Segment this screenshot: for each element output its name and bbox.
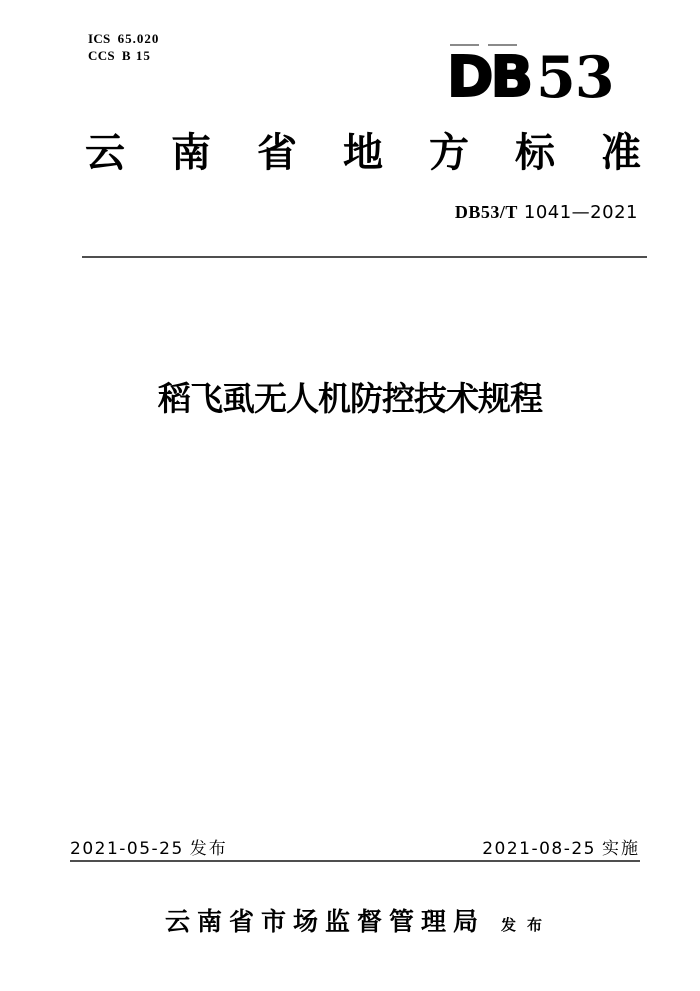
ccs-line: CCSB 15	[88, 47, 159, 64]
footer-divider-rule	[70, 860, 640, 862]
issue-label: 发布	[190, 839, 228, 858]
db53-logo: DB 53	[447, 44, 614, 108]
ccs-label: CCS	[88, 48, 115, 63]
publisher-label: 发布	[501, 914, 553, 935]
ics-line: ICS65.020	[88, 30, 159, 47]
publisher-name: 云南省市场监督管理局	[165, 908, 485, 936]
issue-date: 2021-05-25	[70, 839, 184, 859]
dates-row: 2021-05-25发布 2021-08-25实施	[70, 839, 640, 859]
logo-letters: DB 53	[447, 49, 614, 108]
standard-cover-page: ICS65.020 CCSB 15 DB 53 云南省地方标准 DB53/T10…	[0, 0, 700, 991]
implement-label: 实施	[602, 839, 640, 858]
standard-number-prefix: DB53/T	[455, 202, 518, 222]
logo-region-code: 53	[536, 49, 613, 107]
classification-codes: ICS65.020 CCSB 15	[88, 30, 159, 64]
issue-date-group: 2021-05-25发布	[70, 839, 228, 859]
logo-db-text: DB	[447, 49, 530, 108]
ics-code: 65.020	[118, 31, 160, 46]
standard-type-heading: 云南省地方标准	[85, 130, 687, 176]
standard-number: DB53/T1041—2021	[455, 201, 638, 224]
implement-date: 2021-08-25	[482, 839, 596, 859]
ccs-code: B 15	[122, 48, 151, 63]
standard-number-value: 1041—2021	[524, 202, 638, 223]
ics-label: ICS	[88, 31, 111, 46]
document-title: 稻飞虱无人机防控技术规程	[0, 378, 700, 420]
header-divider-rule	[82, 256, 647, 258]
implement-date-group: 2021-08-25实施	[482, 839, 640, 859]
publisher-row: 云南省市场监督管理局 发布	[0, 908, 700, 936]
